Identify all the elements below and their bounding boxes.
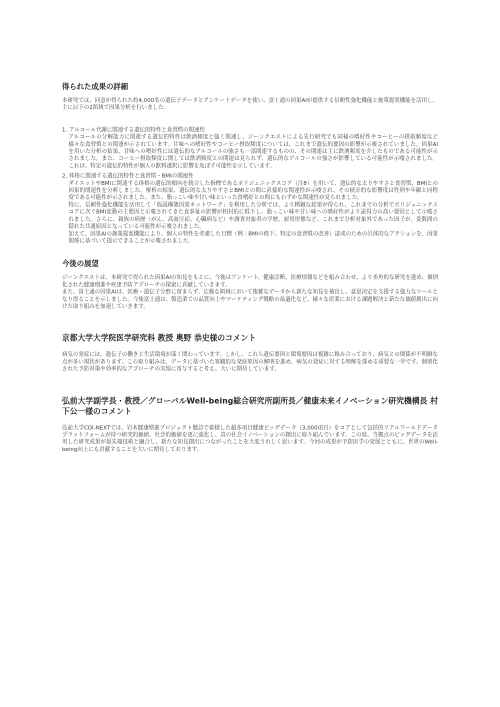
list-item-paragraph: アルコールの分解能力に関連する遺伝的特性は飲酒頻度と強く関連し、ジーンクエストに… bbox=[69, 134, 439, 170]
results-intro-paragraph: 本研究では、同意が得られた約4,000名の遺伝子データとアンケートデータを使い、… bbox=[62, 97, 438, 111]
comment-hirosaki-heading: 弘前大学副学長・教授／グローバルWell-being総合研究所副所長／健康未来イ… bbox=[62, 396, 438, 417]
list-item-paragraph: ダイエットやBMIに関連する体格の遺伝的傾向を統合した指標であるポリジェニックス… bbox=[69, 180, 439, 202]
outlook-paragraph-1: ジーンクエストは、本研究で得られた因果AIの知見をもとに、今後はアンケート、健康… bbox=[62, 274, 438, 288]
section-comment-kyoto: 京都大学大学院医学研究科 教授 奥野 恭史様のコメント 病気の発症には、遺伝子の… bbox=[62, 333, 438, 373]
press-release-page: 得られた成果の詳細 本研究では、同意が得られた約4,000名の遺伝子データとアン… bbox=[0, 0, 500, 707]
section-comment-hirosaki: 弘前大学副学長・教授／グローバルWell-being総合研究所副所長／健康未来イ… bbox=[62, 396, 438, 453]
list-item-paragraph: 加えて、因果AIの施策提案機能により、個人の特性を考慮した目標（例：BMIの低下… bbox=[69, 230, 439, 244]
comment-kyoto-body: 病気の発症には、遺伝子の働きと生活環境が深く関わっています。しかし、これら遺伝要… bbox=[62, 351, 438, 373]
outlook-paragraph-2: また、富士通の因果AIは、医療・遺伝子分野に留まらず、広範な領域において複雑なデ… bbox=[62, 289, 438, 311]
results-heading: 得られた成果の詳細 bbox=[62, 82, 438, 92]
list-item-body-type: 2. 体格に関連する遺伝的特性と食習慣・BMIの関連性 ダイエットやBMIに関連… bbox=[62, 173, 438, 245]
comment-kyoto-heading: 京都大学大学院医学研究科 教授 奥野 恭史様のコメント bbox=[62, 333, 438, 344]
list-item-paragraph: 特に、信頼性強化機能を活用して「仮説構築因果ネットワーク」を利用した分析では、よ… bbox=[69, 201, 439, 230]
results-list: 1. アルコール代謝に関連する遺伝的特性と食習慣の関連性 アルコールの分解能力に… bbox=[62, 126, 438, 244]
list-item-title: 体格に関連する遺伝的特性と食習慣・BMIの関連性 bbox=[69, 173, 194, 180]
section-outlook: 今後の展望 ジーンクエストは、本研究で得られた因果AIの知見をもとに、今後はアン… bbox=[62, 259, 438, 310]
section-results: 得られた成果の詳細 本研究では、同意が得られた約4,000名の遺伝子データとアン… bbox=[62, 82, 438, 245]
page-scale-wrapper: 得られた成果の詳細 本研究では、同意が得られた約4,000名の遺伝子データとアン… bbox=[0, 0, 500, 707]
list-item-number: 1. bbox=[62, 126, 67, 133]
list-item-title-line: 2. 体格に関連する遺伝的特性と食習慣・BMIの関連性 bbox=[69, 173, 439, 180]
comment-hirosaki-body: 弘前大学COI-NEXTでは、岩木健康増進プロジェクト健診で蓄積した超多項目健康… bbox=[62, 424, 438, 453]
outlook-heading: 今後の展望 bbox=[62, 259, 438, 269]
list-item-alcohol: 1. アルコール代謝に関連する遺伝的特性と食習慣の関連性 アルコールの分解能力に… bbox=[62, 126, 438, 169]
list-item-title: アルコール代謝に関連する遺伝的特性と食習慣の関連性 bbox=[69, 126, 205, 133]
list-item-number: 2. bbox=[62, 173, 67, 180]
